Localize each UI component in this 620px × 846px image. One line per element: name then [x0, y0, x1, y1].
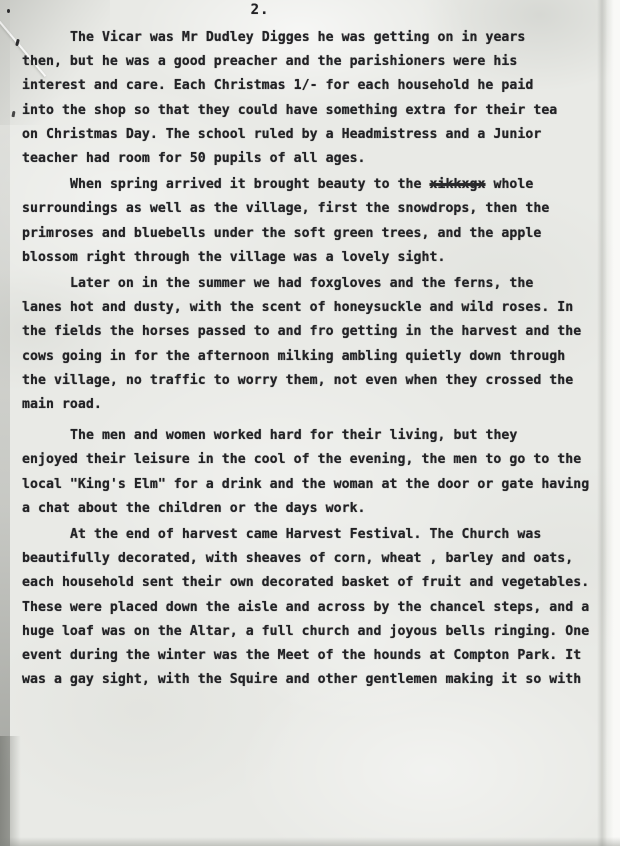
typed-line: into the shop so that they could have so…	[22, 99, 614, 123]
typed-line: event during the winter was the Meet of …	[22, 644, 614, 668]
typed-line: These were placed down the aisle and acr…	[22, 596, 614, 620]
typed-line: enjoyed their leisure in the cool of the…	[22, 448, 614, 472]
typed-line: Later on in the summer we had foxgloves …	[22, 272, 614, 296]
page-left-edge-shadow	[0, 0, 10, 846]
typed-line: lanes hot and dusty, with the scent of h…	[22, 296, 614, 320]
paragraph: When spring arrived it brought beauty to…	[22, 173, 614, 270]
page-bottom-left-shadow	[0, 736, 26, 846]
scanned-typewritten-page: 2. The Vicar was Mr Dudley Digges he was…	[0, 0, 620, 846]
paragraph: At the end of harvest came Harvest Festi…	[22, 523, 614, 692]
page-bottom-edge-shadow	[0, 837, 620, 846]
typed-line: teacher had room for 50 pupils of all ag…	[22, 147, 614, 171]
typed-line: main road.	[22, 393, 614, 417]
paragraph: The men and women worked hard for their …	[22, 424, 614, 521]
typed-line: The men and women worked hard for their …	[22, 424, 614, 448]
typed-line: When spring arrived it brought beauty to…	[22, 173, 614, 197]
typed-line: primroses and bluebells under the soft g…	[22, 222, 614, 246]
typed-line: huge loaf was on the Altar, a full churc…	[22, 620, 614, 644]
typed-line: each household sent their own decorated …	[22, 571, 614, 595]
typed-line: cows going in for the afternoon milking …	[22, 345, 614, 369]
paragraph: Later on in the summer we had foxgloves …	[22, 272, 614, 417]
struck-out-word: xikkxgx	[430, 177, 486, 192]
typed-line: interest and care. Each Christmas 1/- fo…	[22, 74, 614, 98]
typed-line: beautifully decorated, with sheaves of c…	[22, 547, 614, 571]
typed-line: was a gay sight, with the Squire and oth…	[22, 668, 614, 692]
typed-line: the fields the horses passed to and fro …	[22, 320, 614, 344]
typed-line: surroundings as well as the village, fir…	[22, 197, 614, 221]
typed-line: on Christmas Day. The school ruled by a …	[22, 123, 614, 147]
page-number: 2.	[0, 2, 520, 18]
typed-line: At the end of harvest came Harvest Festi…	[22, 523, 614, 547]
typed-line: blossom right through the village was a …	[22, 246, 614, 270]
typed-line: the village, no traffic to worry them, n…	[22, 369, 614, 393]
typed-line: The Vicar was Mr Dudley Digges he was ge…	[22, 26, 614, 50]
typed-line: local "King's Elm" for a drink and the w…	[22, 473, 614, 497]
paragraph: The Vicar was Mr Dudley Digges he was ge…	[22, 26, 614, 171]
typed-line: a chat about the children or the days wo…	[22, 497, 614, 521]
document-body: The Vicar was Mr Dudley Digges he was ge…	[22, 26, 614, 692]
typed-line: then, but he was a good preacher and the…	[22, 50, 614, 74]
